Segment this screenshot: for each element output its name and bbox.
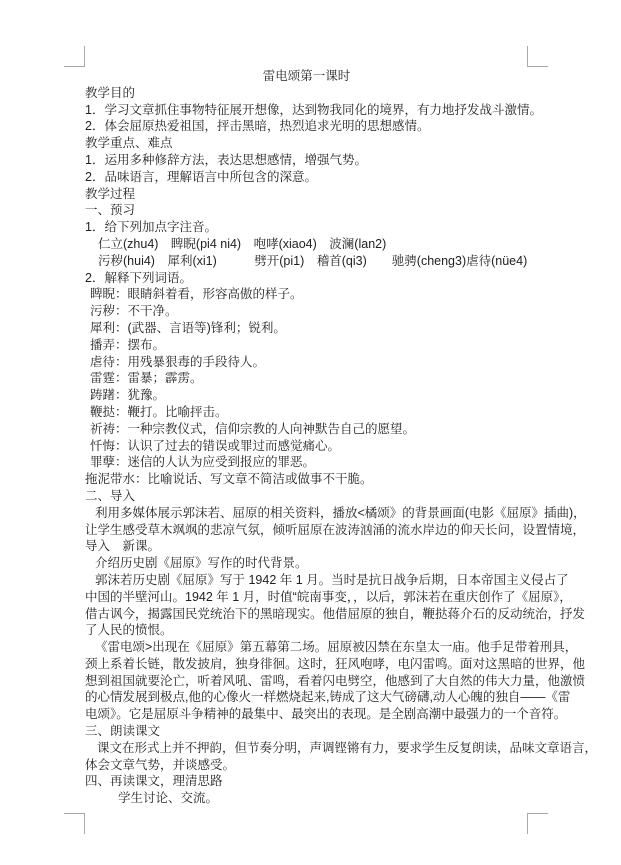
document-text-line: 教学目的	[85, 85, 528, 102]
document-text-line: 一、预习	[85, 202, 528, 219]
document-text-line: 1．学习文章抓住事物特征展开想像，达到物我同化的境界，有力地抒发战斗激情。	[85, 102, 528, 119]
document-text-line: 借古讽今，揭露国民党统治下的黑暗现实。他借屈原的独自，鞭挞蒋介石的反动统治，抒发	[85, 606, 528, 623]
document-text-line: 祈祷：一种宗教仪式，信仰宗教的人向神默告自己的愿望。	[85, 421, 528, 438]
document-text-line: 拖泥带水：比喻说话、写文章不简洁或做事不干脆。	[85, 471, 528, 488]
margin-crop-mark-top-right	[527, 46, 548, 67]
document-text-line: 《雷电颂>出现在《屈原》第五幕第二场。屈原被囚禁在东皇太一庙。他手足带着刑具，	[85, 639, 528, 656]
document-text-line: 电颂》。它是屈原斗争精神的最集中、最突出的表现。是全剧高潮中最强力的一个音符。	[85, 706, 528, 723]
document-text-line: 鞭挞：鞭打。比喻抨击。	[85, 404, 528, 421]
document-text-line: 了人民的愤恨。	[85, 622, 528, 639]
document-text-line: 踌躇：犹豫。	[85, 387, 528, 404]
document-text-line: 1．运用多种修辞方法，表达思想感情，增强气势。	[85, 152, 528, 169]
document-text-line: 2．品味语言，理解语言中所包含的深意。	[85, 169, 528, 186]
document-text-line: 郭沫若历史剧《屈原》写于 1942 年 1 月。当时是抗日战争后期，日本帝国主义…	[85, 572, 528, 589]
document-text-line: 教学过程	[85, 186, 528, 203]
document-text-line: 中国的半壁河山。1942 年 1 月，时值“皖南事变，，以后，郭沫若在重庆创作了…	[85, 589, 528, 606]
document-text-line: 污秽：不干净。	[85, 303, 528, 320]
document-text-line: 体会文章气势，并谈感受。	[85, 757, 528, 774]
document-text-line: 三、朗读课文	[85, 723, 528, 740]
margin-crop-mark-bottom-left	[64, 813, 85, 834]
document-text-line: 2．体会屈原热爱祖国，抨击黑暗，热烈追求光明的思想感情。	[85, 118, 528, 135]
document-text-line: 利用多媒体展示郭沫若、屈原的相关资料，播放<橘颂》的背景画面(电影《屈原》插曲)…	[85, 505, 528, 522]
document-text-line: 虐待：用残暴狠毒的手段待人。	[85, 354, 528, 371]
document-text-line: 的心情发展到极点,他的心像火一样燃烧起来,铸成了这大气磅礴,动人心魄的独自——《…	[85, 689, 528, 706]
document-text-line: 忏悔：认识了过去的错误或罪过而感觉痛心。	[85, 438, 528, 455]
document-lines: 教学目的1．学习文章抓住事物特征展开想像，达到物我同化的境界，有力地抒发战斗激情…	[85, 85, 528, 807]
document-text-line: 课文在形式上并不押韵，但节奏分明，声调铿锵有力，要求学生反复朗读，品味文章语言，	[85, 740, 528, 757]
document-text-line: 二、导入	[85, 488, 528, 505]
document-text-line: 2．解释下列词语。	[85, 270, 528, 287]
document-body[interactable]: 雷电颂第一课时 教学目的1．学习文章抓住事物特征展开想像，达到物我同化的境界，有…	[85, 68, 528, 807]
document-text-line: 想到祖国就要沦亡，听着风吼、雷鸣，看着闪电劈空，他感到了大自然的伟大力量，他激愤	[85, 673, 528, 690]
document-text-line: 罪孽：迷信的人认为应受到报应的罪恶。	[85, 454, 528, 471]
document-text-line: 睥睨：眼睛斜着看，形容高傲的样子。	[85, 286, 528, 303]
document-text-line: 雷霆：雷暴；霹雳。	[85, 370, 528, 387]
document-text-line: 导入 新课。	[85, 538, 528, 555]
document-title: 雷电颂第一课时	[85, 68, 528, 85]
document-text-line: 播弄：摆布。	[85, 337, 528, 354]
document-text-line: 污秽(hui4) 犀利(xi1) 劈开(pi1) 稽首(qi3) 驰骋(chen…	[85, 253, 528, 270]
document-text-line: 颈上系着长链，散发披肩，独身徘徊。这时，狂风咆哮，电闪雷鸣。面对这黑暗的世界，他	[85, 656, 528, 673]
document-text-line: 犀利：(武器、言语等)锋利；锐利。	[85, 320, 528, 337]
document-text-line: 介绍历史剧《屈原》写作的时代背景。	[85, 555, 528, 572]
document-text-line: 让学生感受草木飒飒的悲凉气氛，倾听屈原在波涛汹涌的流水岸边的仰天长问，设置情境，	[85, 522, 528, 539]
document-text-line: 1．给下列加点字注音。	[85, 219, 528, 236]
margin-crop-mark-top-left	[64, 46, 85, 67]
document-text-line: 四、再读课文，理清思路	[85, 773, 528, 790]
document-text-line: 学生讨论、交流。	[85, 790, 528, 807]
margin-crop-mark-bottom-right	[527, 813, 548, 834]
document-page: 雷电颂第一课时 教学目的1．学习文章抓住事物特征展开想像，达到物我同化的境界，有…	[0, 0, 621, 865]
document-text-line: 仁立(zhu4) 睥睨(pi4 ni4) 咆哮(xiao4) 波澜(lan2)	[85, 236, 528, 253]
document-text-line: 教学重点、难点	[85, 135, 528, 152]
